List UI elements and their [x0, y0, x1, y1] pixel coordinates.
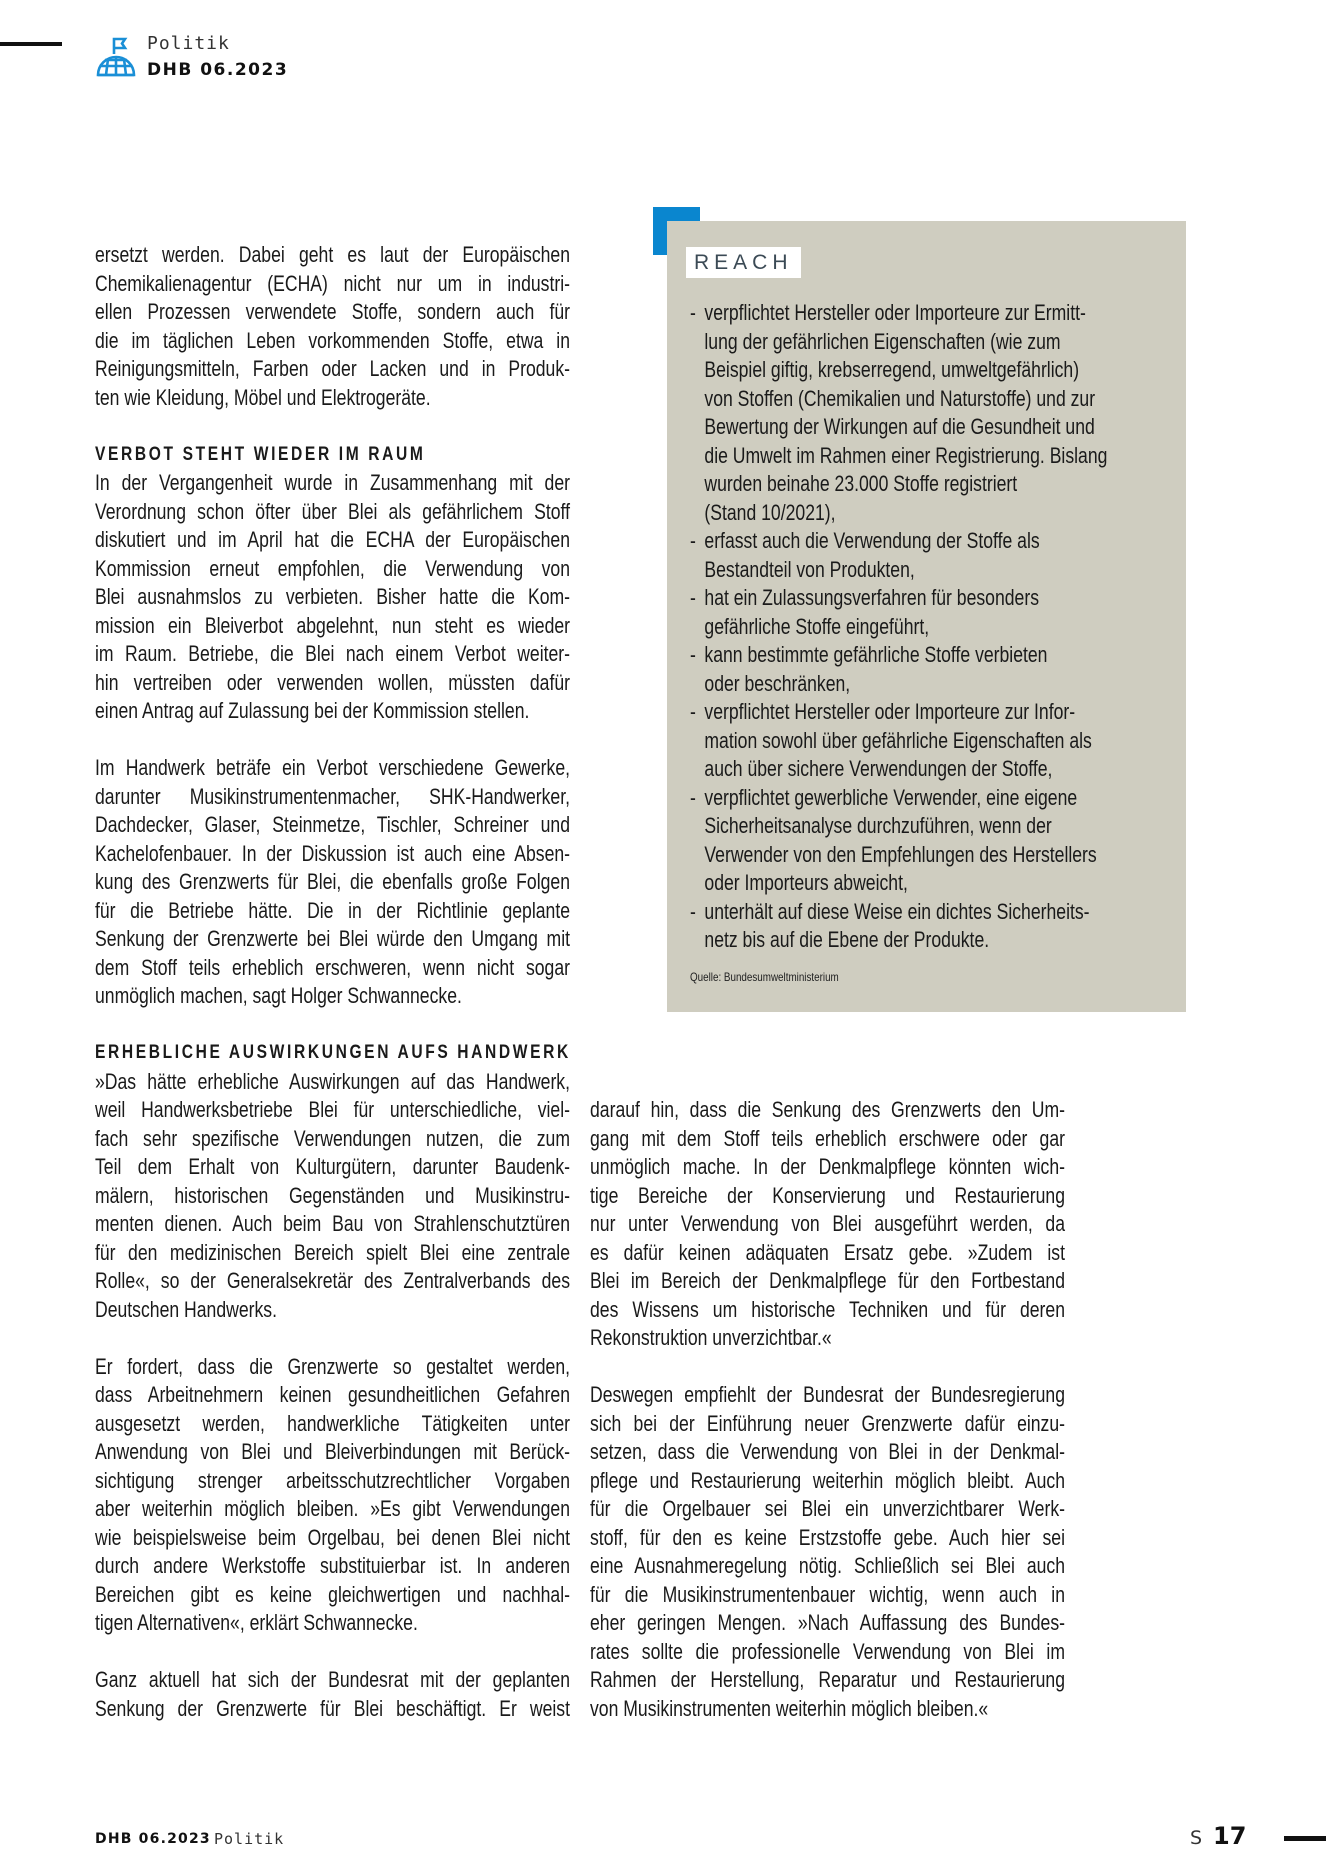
text-line: eher geringen Mengen. »Nach Auffassung d… [590, 1609, 1065, 1638]
text-line: In der Vergangenheit wurde in Zusammenha… [95, 469, 570, 498]
infobox-line: -unterhält auf diese Weise ein dichtes S… [690, 898, 1066, 927]
text-line: einen Antrag auf Zulassung bei der Kommi… [95, 697, 570, 726]
text-line: Blei im Bereich der Denkmalpflege für de… [590, 1267, 1065, 1296]
text-line: unmöglich machen, sagt Holger Schwanneck… [95, 982, 570, 1011]
paragraph: Im Handwerk beträfe ein Verbot verschied… [95, 754, 570, 1011]
text-line: für den medizinischen Bereich spielt Ble… [95, 1239, 570, 1268]
infobox-line: gefährliche Stoffe eingeführt, [690, 613, 1066, 642]
text-line: die im täglichen Leben vorkommenden Stof… [95, 327, 570, 356]
infobox-line: -kann bestimmte gefährliche Stoffe verbi… [690, 641, 1066, 670]
text-line: Rekonstruktion unverzichtbar.« [590, 1324, 1065, 1353]
text-line: Ganz aktuell hat sich der Bundesrat mit … [95, 1666, 570, 1695]
text-line: es dafür keinen adäquaten Ersatz gebe. »… [590, 1239, 1065, 1268]
text-line: kung des Grenzwerts für Blei, die ebenfa… [95, 868, 570, 897]
infobox-line: Verwender von den Empfehlungen des Herst… [690, 841, 1066, 870]
footer-issue: DHB 06.2023 [95, 1831, 211, 1847]
text-line: mission ein Bleiverbot abgelehnt, nun st… [95, 612, 570, 641]
text-line: Deutschen Handwerks. [95, 1296, 570, 1325]
infobox-line: Beispiel giftig, krebserregend, umweltge… [690, 356, 1066, 385]
text-line: tigen Alternativen«, erklärt Schwannecke… [95, 1609, 570, 1638]
infobox-line: mation sowohl über gefährliche Eigenscha… [690, 727, 1066, 756]
text-line: setzen, dass die Verwendung von Blei in … [590, 1438, 1065, 1467]
text-line: Chemikalienagentur (ECHA) nicht nur um i… [95, 270, 570, 299]
text-line: Rahmen der Herstellung, Reparatur und Re… [590, 1666, 1065, 1695]
text-line: ellen Prozessen verwendete Stoffe, sonde… [95, 298, 570, 327]
text-line: darunter Musikinstrumentenmacher, SHK-Ha… [95, 783, 570, 812]
paragraph: Er fordert, dass die Grenzwerte so gesta… [95, 1353, 570, 1638]
text-line: ausgesetzt werden, handwerkliche Tätigke… [95, 1410, 570, 1439]
text-line: hin vertreiben oder verwenden wollen, mü… [95, 669, 570, 698]
infobox-list: -verpflichtet Hersteller oder Importeure… [690, 299, 1160, 955]
section-heading: ERHEBLICHE AUSWIRKUNGEN AUFS HANDWERK [95, 1039, 485, 1068]
text-line: stoff, für den es keine Erstzstoffe gebe… [590, 1524, 1065, 1553]
text-line: für die Orgelbauer sei Blei ein unverzic… [590, 1495, 1065, 1524]
text-line: Kommission erneut empfohlen, die Verwend… [95, 555, 570, 584]
infobox-line: Sicherheitsanalyse durchzuführen, wenn d… [690, 812, 1066, 841]
text-line: Im Handwerk beträfe ein Verbot verschied… [95, 754, 570, 783]
infobox-title: REACH [686, 247, 801, 278]
issue-label: DHB 06.2023 [147, 60, 288, 80]
text-line: diskutiert und im April hat die ECHA der… [95, 526, 570, 555]
paragraph: Deswegen empfiehlt der Bundesrat der Bun… [590, 1381, 1065, 1723]
infobox-line: -verpflichtet Hersteller oder Importeure… [690, 698, 1066, 727]
left-column-lower: ERHEBLICHE AUSWIRKUNGEN AUFS HANDWERK »D… [95, 1039, 570, 1723]
footer-rule [1284, 1836, 1326, 1841]
left-column-upper: ersetzt werden. Dabei geht es laut der E… [95, 241, 570, 1011]
infobox-line: lung der gefährlichen Eigenschaften (wie… [690, 328, 1066, 357]
text-line: für die Betriebe hätte. Die in der Richt… [95, 897, 570, 926]
text-line: dass Arbeitnehmern keinen gesundheitlich… [95, 1381, 570, 1410]
header-rule [0, 42, 62, 46]
text-line: durch andere Werkstoffe substituierbar i… [95, 1552, 570, 1581]
text-line: Anwendung von Blei und Bleiverbindungen … [95, 1438, 570, 1467]
text-line: Bereichen gibt es keine gleichwertigen u… [95, 1581, 570, 1610]
text-line: ersetzt werden. Dabei geht es laut der E… [95, 241, 570, 270]
text-line: des Wissens um historische Techniken und… [590, 1296, 1065, 1325]
text-line: rates sollte die professionelle Verwendu… [590, 1638, 1065, 1667]
text-line: darauf hin, dass die Senkung des Grenzwe… [590, 1096, 1065, 1125]
infobox-line: oder beschränken, [690, 670, 1066, 699]
text-line: Teil dem Erhalt von Kulturgütern, darunt… [95, 1153, 570, 1182]
infobox-line: wurden beinahe 23.000 Stoffe registriert [690, 470, 1066, 499]
page-prefix: S [1190, 1827, 1202, 1849]
text-line: Senkung der Grenzwerte bei Blei würde de… [95, 925, 570, 954]
infobox-line: oder Importeurs abweicht, [690, 869, 1066, 898]
text-line: Rolle«, so der Generalsekretär des Zentr… [95, 1267, 570, 1296]
text-line: pflege und Restaurierung weiterhin mögli… [590, 1467, 1065, 1496]
text-line: nur unter Verwendung von Blei ausgeführt… [590, 1210, 1065, 1239]
text-line: Verordnung schon öfter über Blei als gef… [95, 498, 570, 527]
text-line: Kachelofenbauer. In der Diskussion ist a… [95, 840, 570, 869]
infobox-line: von Stoffen (Chemikalien und Naturstoffe… [690, 385, 1066, 414]
text-line: menten dienen. Auch beim Bau von Strahle… [95, 1210, 570, 1239]
text-line: Dachdecker, Glaser, Steinmetze, Tischler… [95, 811, 570, 840]
paragraph: darauf hin, dass die Senkung des Grenzwe… [590, 1096, 1065, 1353]
text-line: Blei ausnahmslos zu verbieten. Bisher ha… [95, 583, 570, 612]
infobox-source: Quelle: Bundesumweltministerium [690, 970, 839, 984]
infobox-line: -verpflichtet Hersteller oder Importeure… [690, 299, 1066, 328]
infobox-line: -verpflichtet gewerbliche Verwender, ein… [690, 784, 1066, 813]
paragraph: In der Vergangenheit wurde in Zusammenha… [95, 469, 570, 726]
text-line: »Das hätte erhebliche Auswirkungen auf d… [95, 1068, 570, 1097]
text-line: wie beispielsweise beim Orgelbau, bei de… [95, 1524, 570, 1553]
infobox-line: die Umwelt im Rahmen einer Registrierung… [690, 442, 1066, 471]
text-line: von Musikinstrumenten weiterhin möglich … [590, 1695, 1065, 1724]
section-label: Politik [147, 33, 230, 54]
infobox-line: netz bis auf die Ebene der Produkte. [690, 926, 1066, 955]
text-line: Deswegen empfiehlt der Bundesrat der Bun… [590, 1381, 1065, 1410]
text-line: im Raum. Betriebe, die Blei nach einem V… [95, 640, 570, 669]
text-line: Er fordert, dass die Grenzwerte so gesta… [95, 1353, 570, 1382]
infobox-line: -erfasst auch die Verwendung der Stoffe … [690, 527, 1066, 556]
text-line: dem Stoff teils erheblich erschweren, we… [95, 954, 570, 983]
text-line: weil Handwerksbetriebe Blei für untersch… [95, 1096, 570, 1125]
text-line: aber weiterhin möglich bleiben. »Es gibt… [95, 1495, 570, 1524]
section-heading: VERBOT STEHT WIEDER IM RAUM [95, 441, 485, 470]
infobox-line: Bestandteil von Produkten, [690, 556, 1066, 585]
infobox-line: (Stand 10/2021), [690, 499, 1066, 528]
paragraph: Ganz aktuell hat sich der Bundesrat mit … [95, 1666, 570, 1723]
infobox-line: -hat ein Zulassungsverfahren für besonde… [690, 584, 1066, 613]
intro-paragraph: ersetzt werden. Dabei geht es laut der E… [95, 241, 570, 412]
text-line: eine Ausnahmeregelung nötig. Schließlich… [590, 1552, 1065, 1581]
text-line: mälern, historischen Gegenständen und Mu… [95, 1182, 570, 1211]
text-line: fach sehr spezifische Verwendungen nutze… [95, 1125, 570, 1154]
text-line: unmöglich mache. In der Denkmalpflege kö… [590, 1153, 1065, 1182]
text-line: Senkung der Grenzwerte für Blei beschäft… [95, 1695, 570, 1724]
globe-flag-icon [95, 36, 137, 78]
footer-section: Politik [214, 1830, 284, 1848]
text-line: Reinigungsmitteln, Farben oder Lacken un… [95, 355, 570, 384]
text-line: ten wie Kleidung, Möbel und Elektrogerät… [95, 384, 570, 413]
page-number: 17 [1213, 1822, 1246, 1850]
text-line: tige Bereiche der Konservierung und Rest… [590, 1182, 1065, 1211]
text-line: gang mit dem Stoff teils erheblich ersch… [590, 1125, 1065, 1154]
infobox-line: auch über sichere Verwendungen der Stoff… [690, 755, 1066, 784]
text-line: sich bei der Einführung neuer Grenzwerte… [590, 1410, 1065, 1439]
right-column-lower: darauf hin, dass die Senkung des Grenzwe… [590, 1096, 1065, 1723]
paragraph: »Das hätte erhebliche Auswirkungen auf d… [95, 1068, 570, 1325]
text-line: sichtigung strenger arbeitsschutzrechtli… [95, 1467, 570, 1496]
infobox-line: Bewertung der Wirkungen auf die Gesundhe… [690, 413, 1066, 442]
text-line: für die Musikinstrumentenbauer wichtig, … [590, 1581, 1065, 1610]
